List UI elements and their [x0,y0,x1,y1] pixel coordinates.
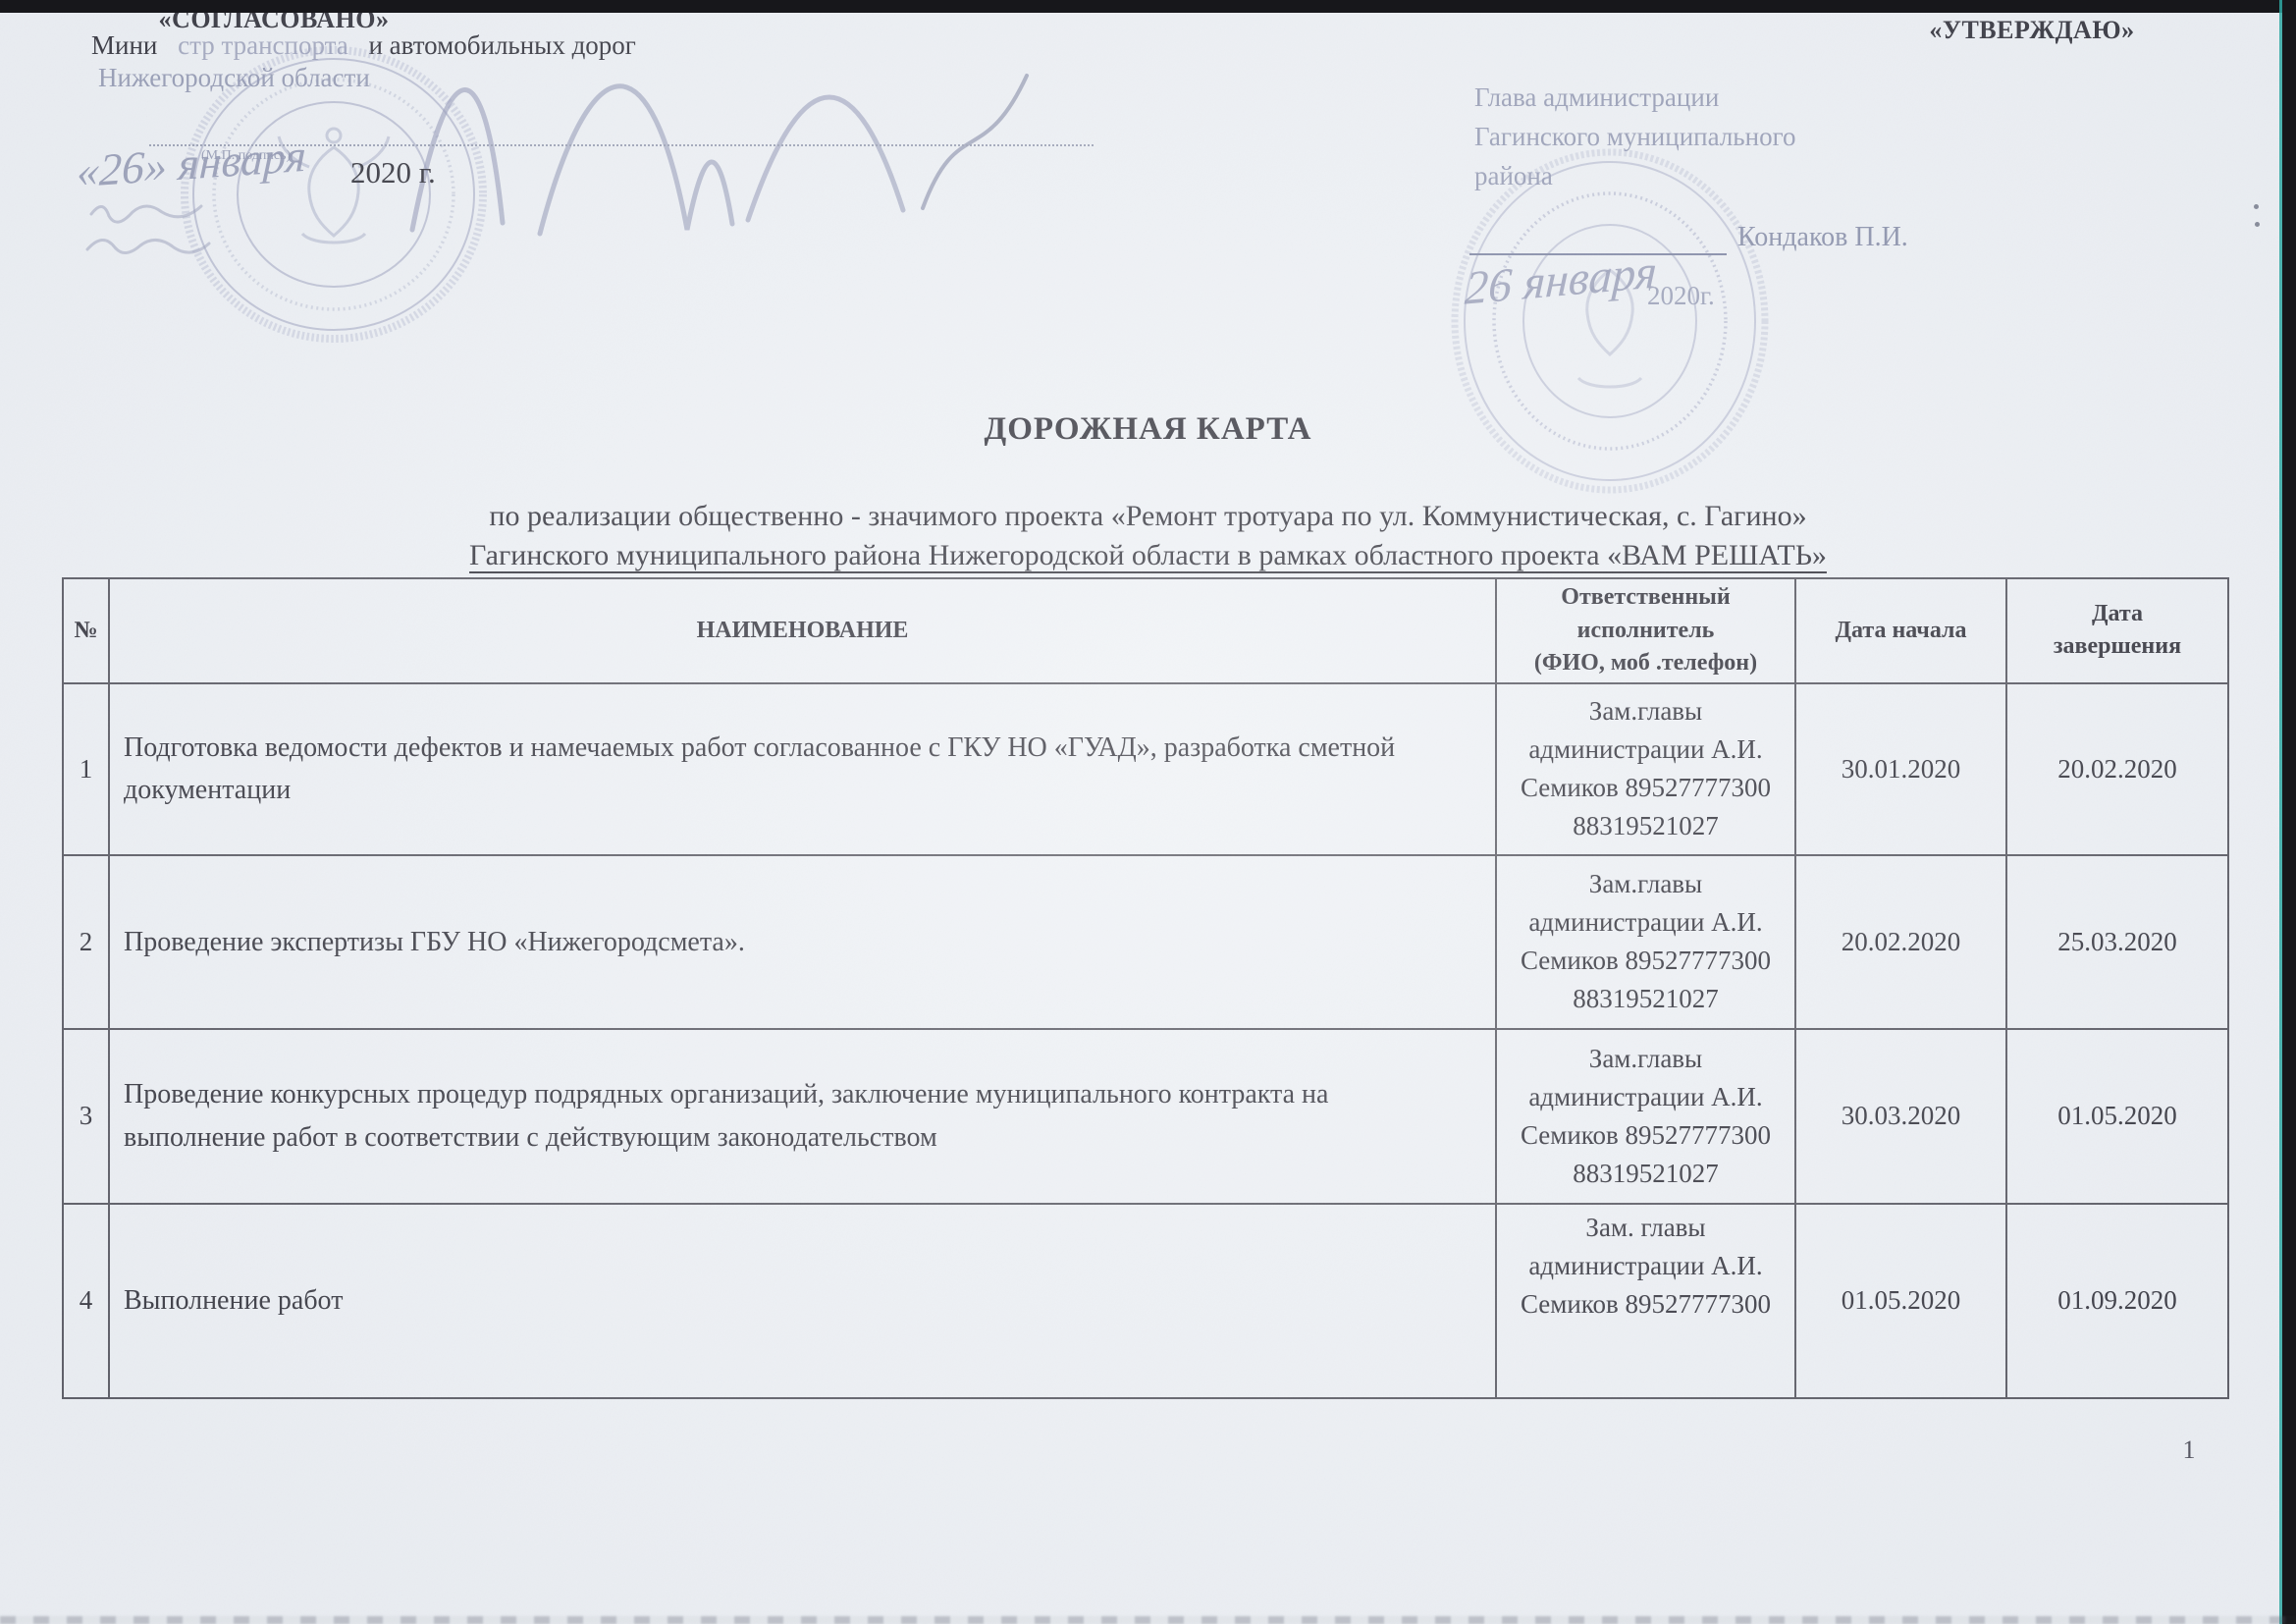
row-end-date: 20.02.2020 [2006,683,2228,855]
col-header-end-date: Дата завершения [2006,578,2228,683]
table-row: 3 Проведение конкурсных процедур подрядн… [63,1029,2228,1204]
scan-edge-bottom [0,1616,2296,1624]
row-executor: Зам.главы администрации А.И. Семиков 895… [1496,1029,1795,1204]
row-executor: Зам.главы администрации А.И. Семиков 895… [1496,683,1795,855]
row-executor: Зам. главы администрации А.И. Семиков 89… [1496,1204,1795,1398]
col-header-name: НАИМЕНОВАНИЕ [109,578,1496,683]
year-label-right: 2020г. [1647,281,1715,311]
col-header-executor: Ответственный исполнитель (ФИО, моб .тел… [1496,578,1795,683]
col-header-start-date: Дата начала [1795,578,2006,683]
scanned-document-page: «СОГЛАСОВАНО» Мини стр транспорта и авто… [0,0,2296,1624]
col-header-num: № [63,578,109,683]
approved-heading: «УТВЕРЖДАЮ» [1895,16,2169,45]
row-end-date: 25.03.2020 [2006,855,2228,1029]
row-task: Проведение экспертизы ГБУ НО «Нижегородс… [109,855,1496,1029]
row-executor: Зам.главы администрации А.И. Семиков 895… [1496,855,1795,1029]
row-end-date: 01.09.2020 [2006,1204,2228,1398]
table-row: 4 Выполнение работ Зам. главы администра… [63,1204,2228,1398]
scribble-left [83,192,270,266]
table-row: 1 Подготовка ведомости дефектов и намеча… [63,683,2228,855]
scan-speck [2255,222,2260,227]
row-number: 1 [63,683,109,855]
document-subtitle-2: Гагинского муниципального района Нижегор… [0,539,2296,572]
year-label-left: 2020 г. [350,155,436,190]
row-task: Проведение конкурсных процедур подрядных… [109,1029,1496,1204]
row-start-date: 30.03.2020 [1795,1029,2006,1204]
scan-edge-right [2282,0,2296,1624]
scan-edge-top [0,0,2296,13]
round-stamp-right [1441,133,1785,506]
row-end-date: 01.05.2020 [2006,1029,2228,1204]
table-row: 2 Проведение экспертизы ГБУ НО «Нижегоро… [63,855,2228,1029]
scan-speck [2254,204,2259,209]
approved-signee: Кондаков П.И. [1737,222,1908,253]
row-start-date: 30.01.2020 [1795,683,2006,855]
row-task: Подготовка ведомости дефектов и намечаем… [109,683,1496,855]
row-start-date: 20.02.2020 [1795,855,2006,1029]
approved-line1: Глава администрации [1474,82,1719,113]
row-number: 4 [63,1204,109,1398]
row-number: 3 [63,1029,109,1204]
roadmap-table-wrapper: № НАИМЕНОВАНИЕ Ответственный исполнитель… [62,577,2229,1399]
row-task: Выполнение работ [109,1204,1496,1398]
row-start-date: 01.05.2020 [1795,1204,2006,1398]
document-subtitle-1: по реализации общественно - значимого пр… [0,500,2296,533]
document-title: ДОРОЖНАЯ КАРТА [0,411,2296,448]
page-number: 1 [2164,1435,2214,1465]
header-row: № НАИМЕНОВАНИЕ Ответственный исполнитель… [63,578,2228,683]
row-number: 2 [63,855,109,1029]
roadmap-table: № НАИМЕНОВАНИЕ Ответственный исполнитель… [62,577,2229,1399]
